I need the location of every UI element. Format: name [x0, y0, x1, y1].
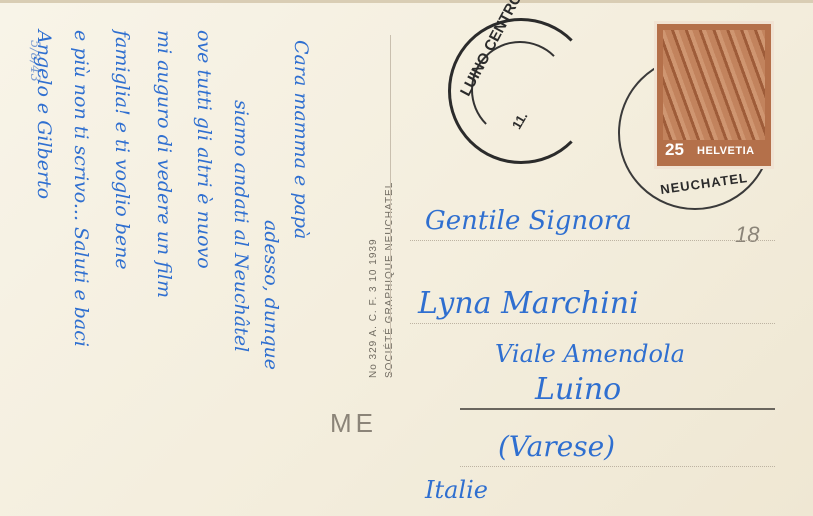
- address-rule: [410, 240, 775, 241]
- address-street: Viale Amendola: [495, 340, 685, 368]
- center-divider: [390, 35, 391, 375]
- message-line: e più non ti scrivo... Saluti e baci: [70, 30, 92, 347]
- message-line: ove tutti gli altri è nuovo: [193, 30, 215, 269]
- message-line: adesso, dunque: [260, 220, 282, 370]
- address-rule: [410, 323, 775, 324]
- postcard-back: 5/8/43 Cara mamma e papà adesso, dunque …: [0, 0, 813, 516]
- card-edge: [0, 0, 813, 3]
- address-name: Lyna Marchini: [418, 286, 639, 321]
- printer-imprint-line1: No 329 A. C. F. 3 10 1939: [368, 238, 379, 378]
- message-line: famiglia! e ti voglio bene: [111, 30, 133, 270]
- address-city: Luino: [535, 372, 621, 407]
- address-province: (Varese): [498, 430, 615, 463]
- message-signature: Angelo e Gilberto: [33, 30, 55, 199]
- message-line: Cara mamma e papà: [290, 40, 312, 239]
- address-rule: [460, 408, 775, 410]
- stamp-country: HELVETIA: [697, 145, 755, 157]
- address-country: Italie: [425, 476, 488, 504]
- pencil-initials: ME: [330, 408, 377, 439]
- pencil-price: 18: [735, 222, 759, 248]
- address-rule: [460, 466, 775, 467]
- postmark-neuchatel-text: NEUCHATEL: [659, 170, 748, 197]
- message-line: mi auguro di vedere un film: [153, 30, 175, 298]
- stamp-illustration: [663, 30, 765, 140]
- postmark-luino: LUINO CENTRO 11.: [448, 18, 594, 164]
- address-salutation: Gentile Signora: [425, 206, 632, 236]
- message-line: siamo andati al Neuchâtel: [230, 100, 252, 352]
- stamp-value: 25: [665, 140, 684, 160]
- postage-stamp: 25 HELVETIA: [657, 24, 771, 166]
